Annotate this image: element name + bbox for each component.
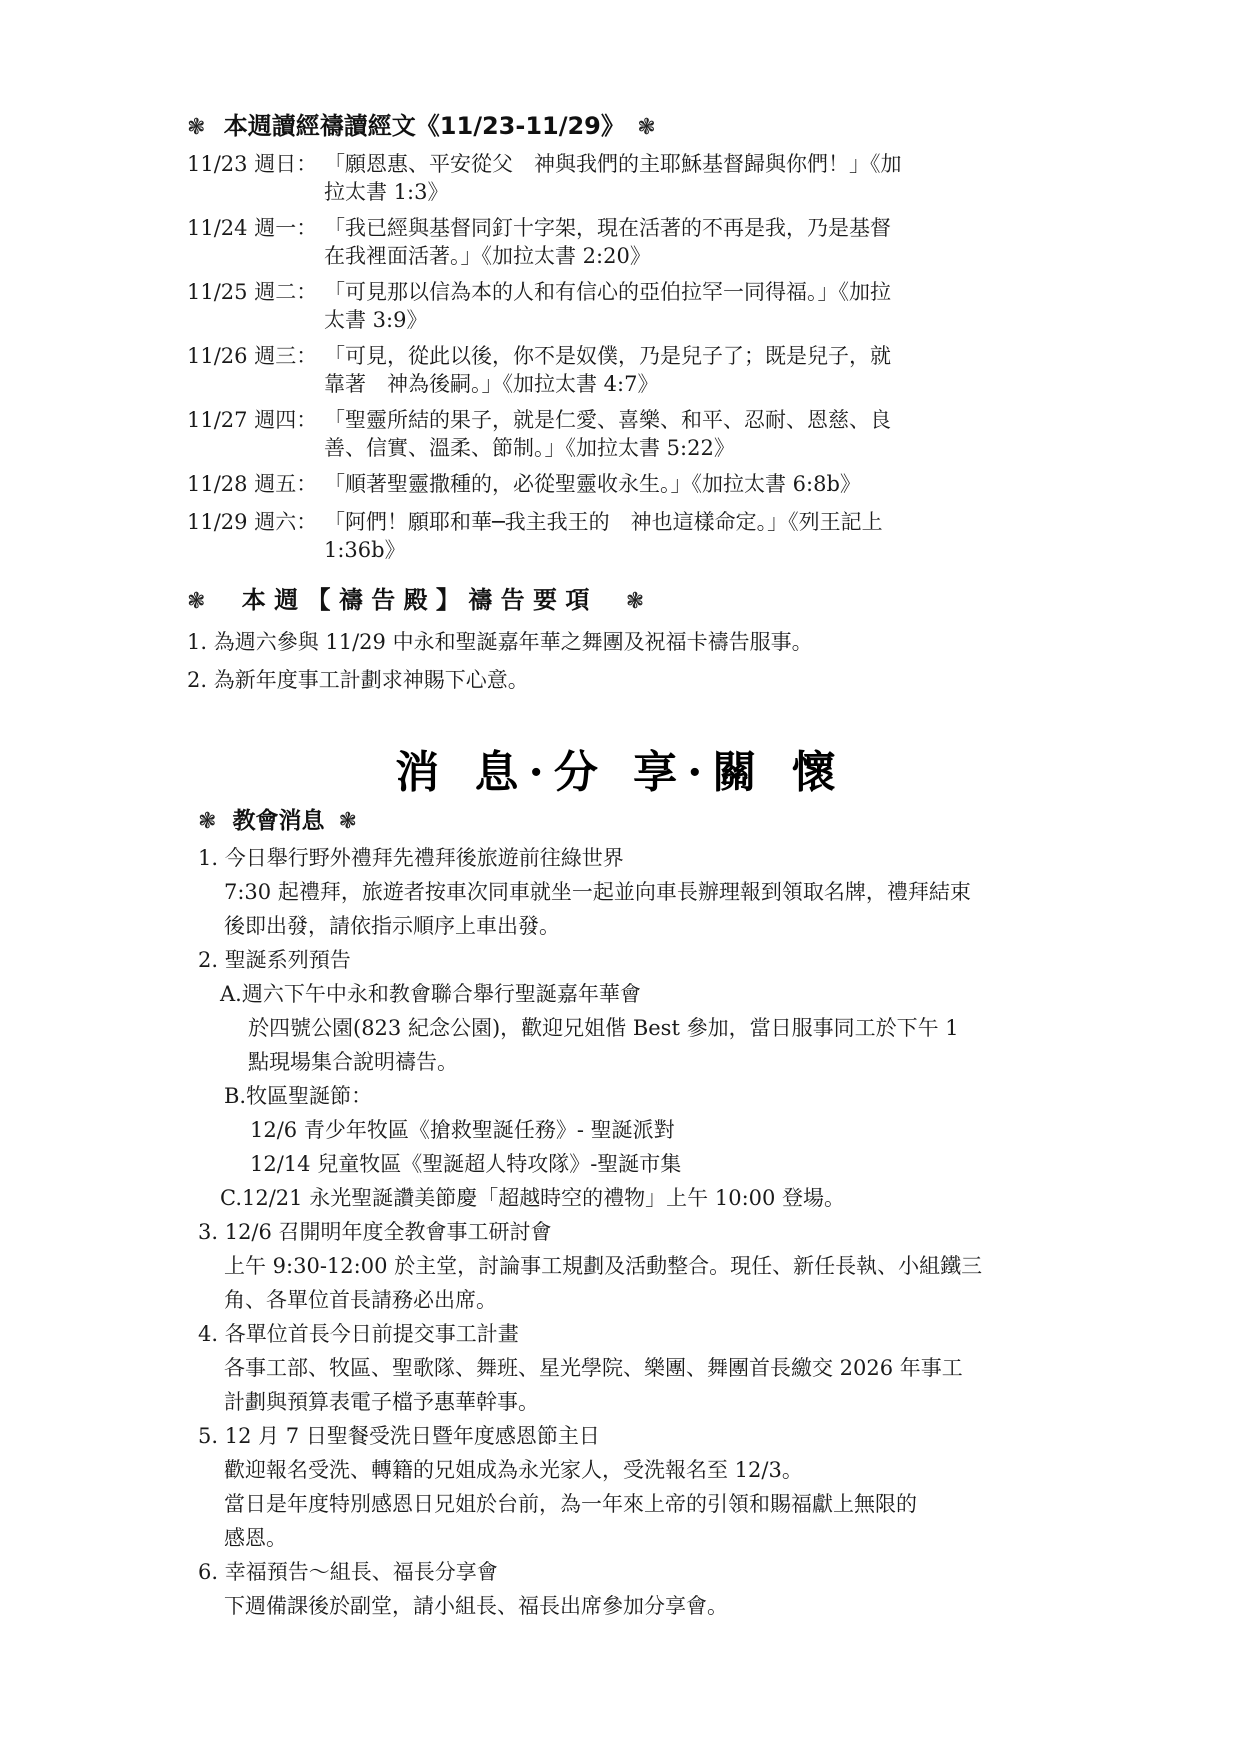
news-item-body: 歡迎報名受洗、轉籍的兄姐成為永光家人，受洗報名至 12/3。: [224, 1454, 803, 1484]
flower-ornament-icon: ❃: [637, 115, 655, 140]
flower-ornament-icon: ❃: [626, 589, 644, 614]
news-item-body: 角、各單位首長請務必出席。: [224, 1284, 497, 1314]
reading-day-label: 11/28 週五：: [187, 468, 317, 500]
reading-heading-text: 本週讀經禱讀經文《11/23-11/29》: [224, 112, 625, 140]
news-item-body: 下週備課後於副堂，請小組長、福長出席參加分享會。: [224, 1590, 728, 1620]
news-item-body: 計劃與預算表電子檔予惠華幹事。: [224, 1386, 539, 1416]
news-item-body: 各事工部、牧區、聖歌隊、舞班、星光學院、樂團、舞團首長繳交 2026 年事工: [224, 1352, 963, 1382]
reading-day-label: 11/26 週三：: [187, 340, 317, 372]
news-subitem-body: 12/14 兒童牧區《聖誕超人特攻隊》-聖誕市集: [250, 1148, 681, 1178]
flower-ornament-icon: ❃: [338, 809, 356, 834]
news-item-body: 上午 9:30-12:00 於主堂，討論事工規劃及活動整合。現任、新任長執、小組…: [224, 1250, 982, 1280]
news-subitem-body: 點現場集合說明禱告。: [248, 1046, 458, 1076]
prayer-heading-text: 本 週 【 禱 告 殿 】 禱 告 要 項: [242, 586, 590, 614]
reading-verse-line: 「順著聖靈撒種的，必從聖靈收永生。」《加拉太書 6:8b》: [324, 468, 1194, 500]
reading-day-label: 11/27 週四：: [187, 404, 317, 436]
news-item-title: 5. 12 月 7 日聖餐受洗日暨年度感恩節主日: [198, 1420, 600, 1450]
news-item-title: 6. 幸福預告～組長、福長分享會: [198, 1556, 498, 1586]
prayer-item: 1. 為週六參與 11/29 中永和聖誕嘉年華之舞團及祝福卡禱告服事。: [187, 626, 813, 656]
news-item-body: 7:30 起禮拜，旅遊者按車次同車就坐一起並向車長辦理報到領取名牌，禮拜結束: [224, 876, 971, 906]
flower-ornament-icon: ❃: [187, 115, 205, 140]
reading-verse-line: 在我裡面活著。」《加拉太書 2:20》: [324, 240, 1194, 272]
reading-verse-line: 1:36b》: [324, 534, 1194, 566]
bulletin-page: ❃ 本週讀經禱讀經文《11/23-11/29》 ❃ 11/23 週日： 「願恩惠…: [0, 0, 1241, 1755]
news-item-title: 1. 今日舉行野外禮拜先禮拜後旅遊前往綠世界: [198, 842, 624, 872]
news-item-title: 2. 聖誕系列預告: [198, 944, 351, 974]
church-news-heading-text: 教會消息: [232, 808, 324, 834]
news-item-body: 當日是年度特別感恩日兄姐於台前，為一年來上帝的引領和賜福獻上無限的: [224, 1488, 917, 1518]
prayer-heading: ❃ 本 週 【 禱 告 殿 】 禱 告 要 項 ❃: [187, 580, 644, 615]
news-subitem-body: 12/6 青少年牧區《搶救聖誕任務》- 聖誕派對: [250, 1114, 675, 1144]
news-item-body: 後即出發，請依指示順序上車出發。: [224, 910, 560, 940]
news-item-body: 感恩。: [224, 1522, 287, 1552]
news-subitem-title: C.12/21 永光聖誕讚美節慶「超越時空的禮物」上午 10:00 登場。: [220, 1182, 845, 1212]
news-subitem-title: B.牧區聖誕節：: [224, 1080, 372, 1110]
news-title: 消 息·分 享·關 懷: [0, 736, 1241, 800]
news-item-title: 3. 12/6 召開明年度全教會事工研討會: [198, 1216, 552, 1246]
reading-verse-line: 善、信實、溫柔、節制。」《加拉太書 5:22》: [324, 432, 1194, 464]
reading-verse-line: 太書 3:9》: [324, 304, 1194, 336]
church-news-heading: ❃ 教會消息 ❃: [198, 802, 357, 835]
flower-ornament-icon: ❃: [187, 589, 205, 614]
reading-day-label: 11/29 週六：: [187, 506, 317, 538]
news-item-title: 4. 各單位首長今日前提交事工計畫: [198, 1318, 519, 1348]
reading-verse-line: 拉太書 1:3》: [324, 176, 1194, 208]
reading-day-label: 11/23 週日：: [187, 148, 317, 180]
prayer-item: 2. 為新年度事工計劃求神賜下心意。: [187, 664, 529, 694]
news-subitem-body: 於四號公園(823 紀念公園)，歡迎兄姐偕 Best 參加，當日服事同工於下午 …: [248, 1012, 959, 1042]
news-subitem-title: A.週六下午中永和教會聯合舉行聖誕嘉年華會: [220, 978, 641, 1008]
reading-heading: ❃ 本週讀經禱讀經文《11/23-11/29》 ❃: [187, 106, 656, 141]
reading-day-label: 11/25 週二：: [187, 276, 317, 308]
reading-verse-line: 靠著 神為後嗣。」《加拉太書 4:7》: [324, 368, 1194, 400]
reading-day-label: 11/24 週一：: [187, 212, 317, 244]
flower-ornament-icon: ❃: [198, 809, 216, 834]
